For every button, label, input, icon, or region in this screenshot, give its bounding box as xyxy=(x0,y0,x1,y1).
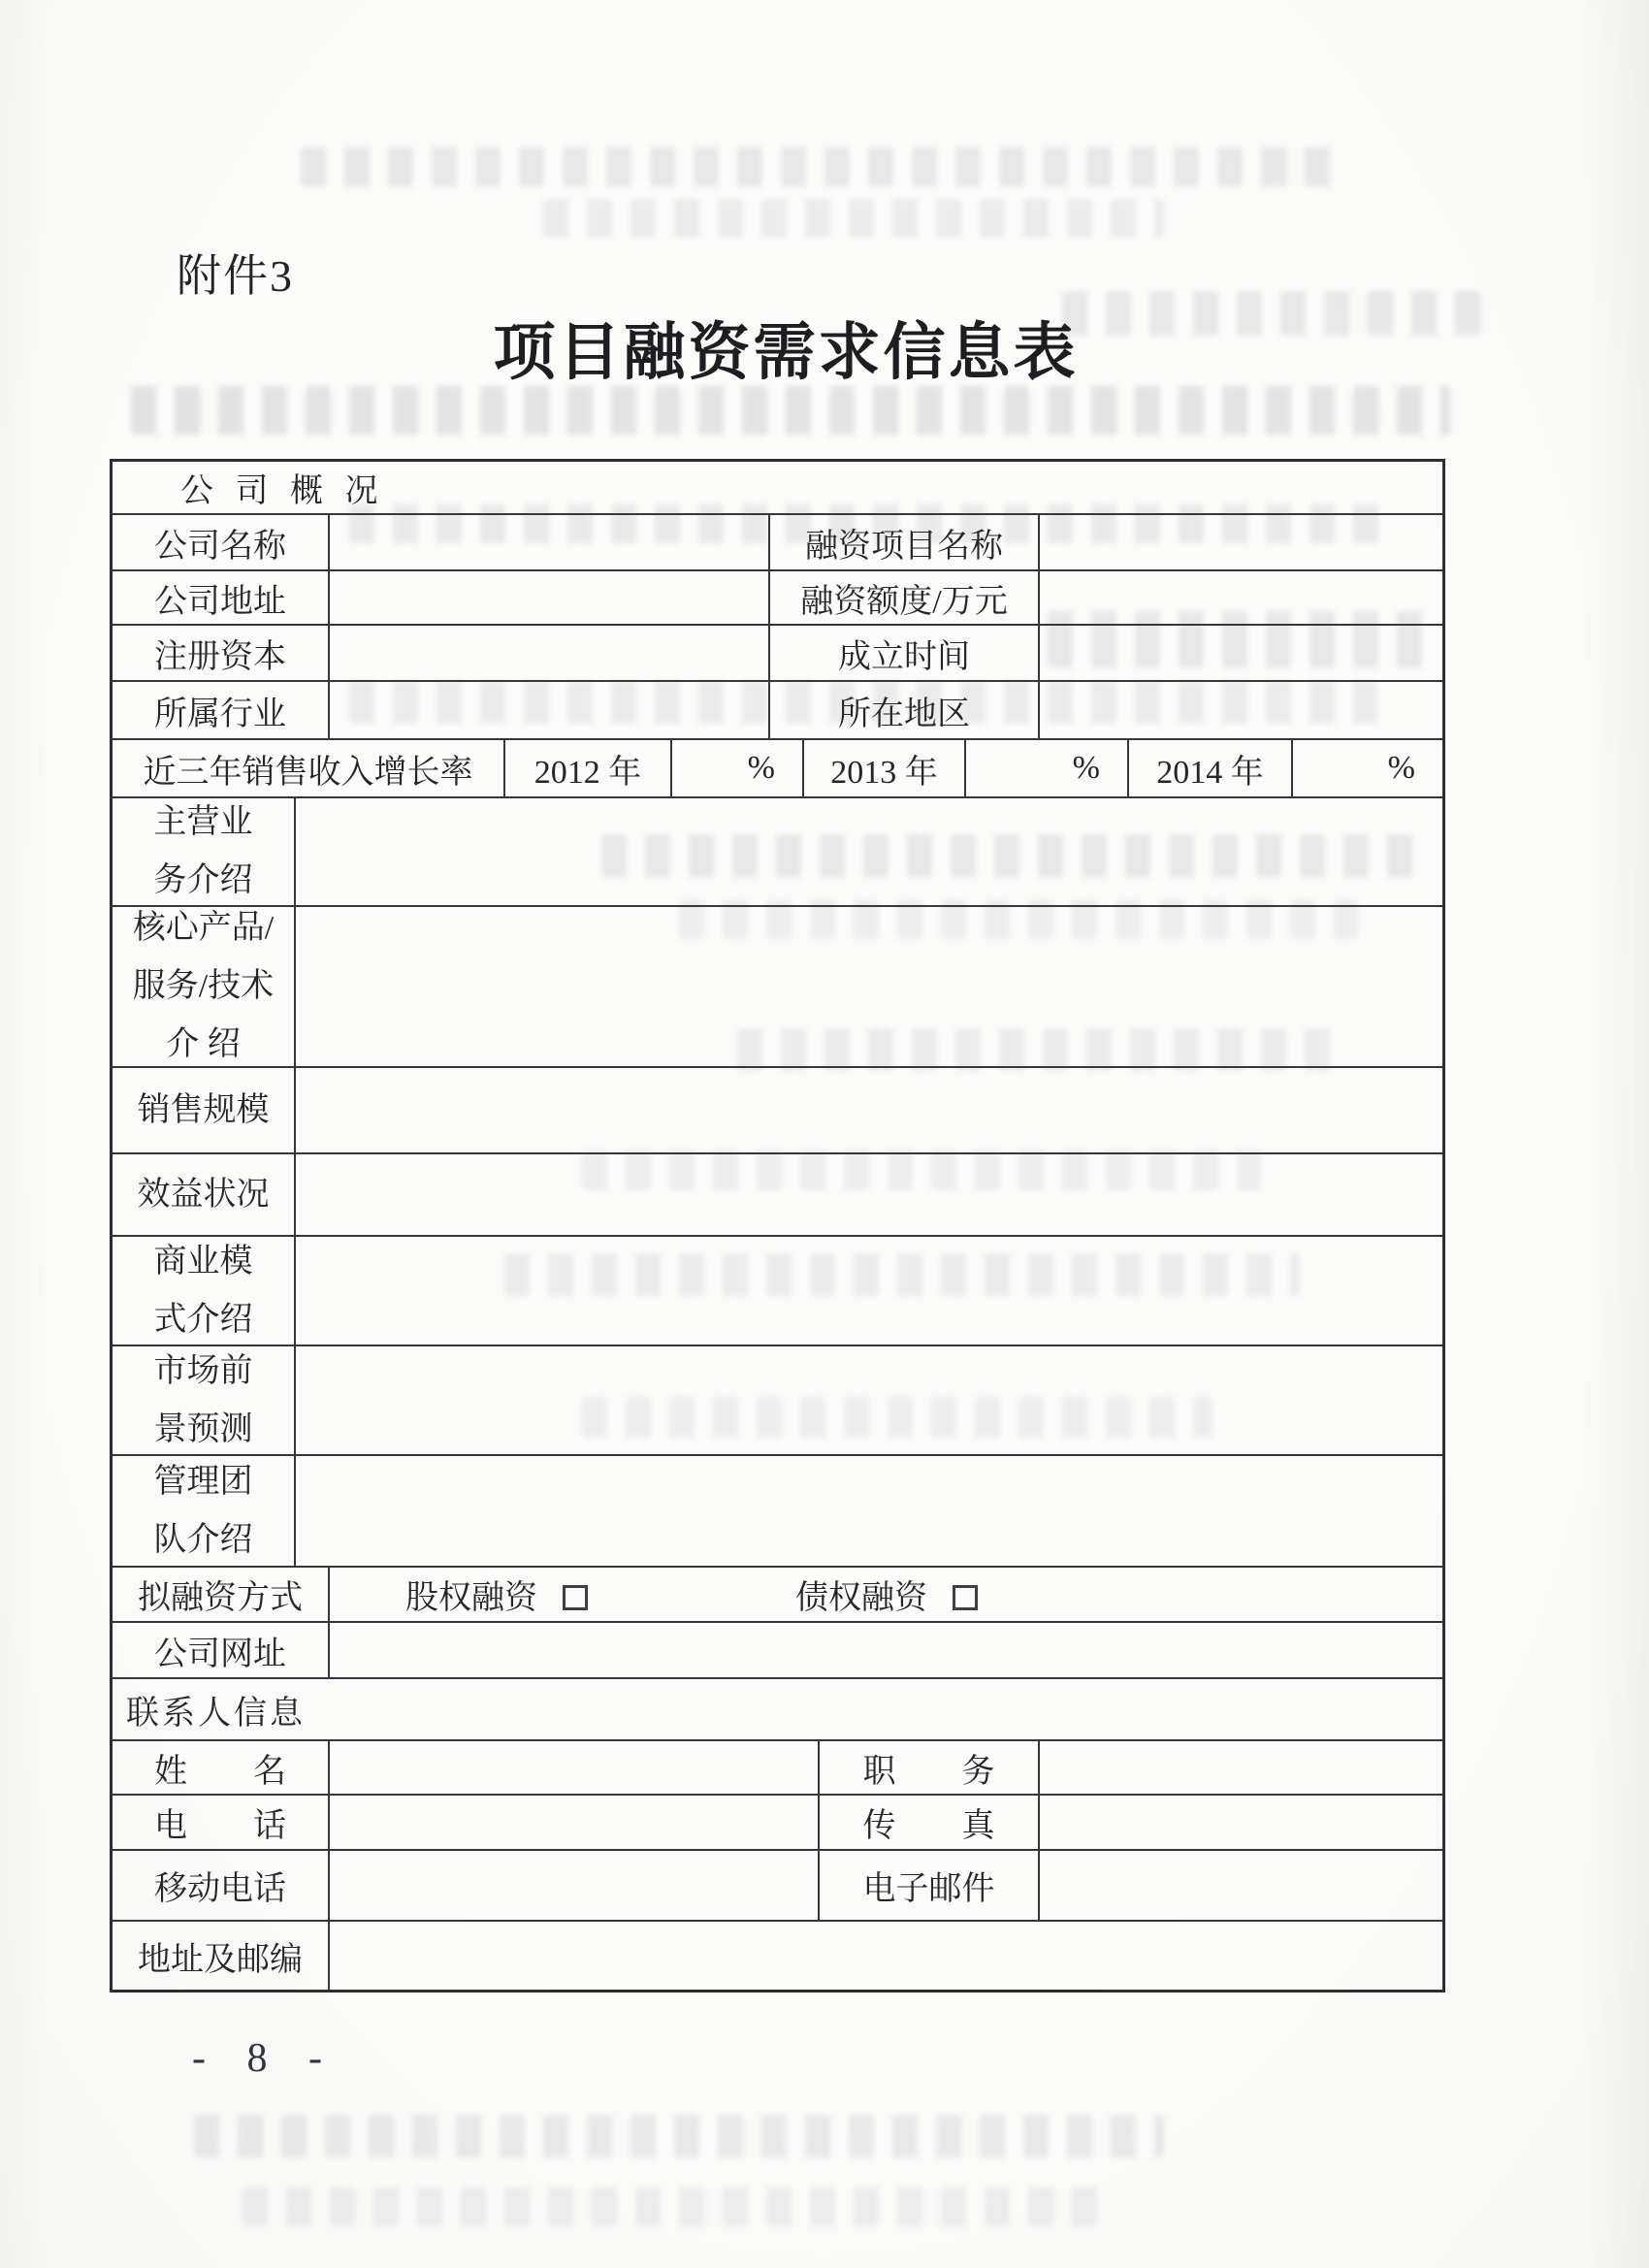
bleed-through-artifact xyxy=(301,147,1348,186)
table-row-contact-name: 姓 名 职 务 xyxy=(113,1741,1442,1796)
field-label-contact-name: 姓 名 xyxy=(113,1741,330,1794)
field-label-project-name: 融资项目名称 xyxy=(770,515,1040,569)
input-cell-industry xyxy=(330,682,770,738)
year-2013-label: 2013 年 xyxy=(804,740,966,796)
input-cell-benefit-status xyxy=(296,1154,1442,1235)
field-label-region: 所在地区 xyxy=(770,682,1040,738)
table-row-sales-scale: 销售规模 xyxy=(113,1068,1442,1154)
table-row-core-products: 核心产品/ 服务/技术 介 绍 xyxy=(113,907,1442,1068)
table-row-company-name: 公司名称 融资项目名称 xyxy=(113,515,1442,571)
table-row-website: 公司网址 xyxy=(113,1623,1442,1679)
input-cell-company-address xyxy=(330,571,770,624)
field-label-position: 职 务 xyxy=(820,1741,1040,1794)
table-row-financing-method: 拟融资方式 股权融资 债权融资 xyxy=(113,1568,1442,1623)
input-cell-founding-date xyxy=(1040,626,1442,680)
financing-method-options: 股权融资 债权融资 xyxy=(330,1568,1442,1621)
field-label-industry: 所属行业 xyxy=(113,682,330,738)
input-cell-company-name xyxy=(330,515,770,569)
input-cell-financing-amount xyxy=(1040,571,1442,624)
field-label-management-team: 管理团 队介绍 xyxy=(113,1456,296,1566)
table-row-address-zip: 地址及邮编 xyxy=(113,1922,1442,1990)
bleed-through-artifact xyxy=(194,2115,1164,2157)
field-label-phone: 电 话 xyxy=(113,1796,330,1849)
input-cell-position xyxy=(1040,1741,1442,1794)
input-cell-core-products xyxy=(296,907,1442,1066)
year-2012-label: 2012 年 xyxy=(505,740,672,796)
field-label-core-products: 核心产品/ 服务/技术 介 绍 xyxy=(113,907,296,1066)
financing-form-table: 公 司 概 况 公司名称 融资项目名称 公司地址 融资额度/万元 注册资本 成立… xyxy=(110,459,1445,1993)
field-label-website: 公司网址 xyxy=(113,1623,330,1677)
field-label-mobile: 移动电话 xyxy=(113,1851,330,1920)
table-row-sales-growth: 近三年销售收入增长率 2012 年 % 2013 年 % 2014 年 % xyxy=(113,740,1442,798)
field-label-financing-amount: 融资额度/万元 xyxy=(770,571,1040,624)
field-label-sales-scale: 销售规模 xyxy=(113,1068,296,1152)
table-row-management-team: 管理团 队介绍 xyxy=(113,1456,1442,1568)
table-row-company-address: 公司地址 融资额度/万元 xyxy=(113,571,1442,626)
percent-cell-2014: % xyxy=(1293,740,1442,796)
table-row-phone: 电 话 传 真 xyxy=(113,1796,1442,1851)
field-label-registered-capital: 注册资本 xyxy=(113,626,330,680)
scanned-page: 附件3 项目融资需求信息表 公 司 概 况 公司名称 融资项目名称 公司地址 融… xyxy=(0,0,1649,2268)
table-row-benefit-status: 效益状况 xyxy=(113,1154,1442,1237)
input-cell-main-business xyxy=(296,798,1442,905)
company-section-header-row: 公 司 概 况 xyxy=(113,462,1442,515)
field-label-fax: 传 真 xyxy=(820,1796,1040,1849)
percent-cell-2013: % xyxy=(966,740,1129,796)
page-number: - 8 - xyxy=(192,2035,338,2082)
company-section-header: 公 司 概 况 xyxy=(113,462,1442,513)
input-cell-address-zip xyxy=(330,1922,1442,1990)
field-label-benefit-status: 效益状况 xyxy=(113,1154,296,1235)
input-cell-fax xyxy=(1040,1796,1442,1849)
input-cell-sales-scale xyxy=(296,1068,1442,1152)
field-label-financing-method: 拟融资方式 xyxy=(113,1568,330,1621)
contact-section-header: 联系人信息 xyxy=(113,1679,1442,1739)
input-cell-market-prospect xyxy=(296,1346,1442,1454)
field-label-company-name: 公司名称 xyxy=(113,515,330,569)
input-cell-region xyxy=(1040,682,1442,738)
debt-financing-checkbox-icon xyxy=(953,1585,978,1610)
contact-section-header-row: 联系人信息 xyxy=(113,1679,1442,1741)
table-row-registered-capital: 注册资本 成立时间 xyxy=(113,626,1442,682)
field-label-market-prospect: 市场前 景预测 xyxy=(113,1346,296,1454)
input-cell-contact-name xyxy=(330,1741,820,1794)
table-row-mobile: 移动电话 电子邮件 xyxy=(113,1851,1442,1922)
input-cell-phone xyxy=(330,1796,820,1849)
equity-financing-label: 股权融资 xyxy=(405,1571,537,1618)
percent-cell-2012: % xyxy=(672,740,804,796)
input-cell-email xyxy=(1040,1851,1442,1920)
table-row-business-model: 商业模 式介绍 xyxy=(113,1237,1442,1346)
field-label-founding-date: 成立时间 xyxy=(770,626,1040,680)
table-row-industry: 所属行业 所在地区 xyxy=(113,682,1442,740)
debt-financing-label: 债权融资 xyxy=(795,1571,927,1618)
field-label-email: 电子邮件 xyxy=(820,1851,1040,1920)
input-cell-business-model xyxy=(296,1237,1442,1345)
bleed-through-artifact xyxy=(242,2187,1115,2226)
field-label-sales-growth: 近三年销售收入增长率 xyxy=(113,740,505,796)
year-2014-label: 2014 年 xyxy=(1129,740,1293,796)
form-title: 项目融资需求信息表 xyxy=(407,303,1164,392)
table-row-market-prospect: 市场前 景预测 xyxy=(113,1346,1442,1456)
field-label-address-zip: 地址及邮编 xyxy=(113,1922,330,1990)
input-cell-registered-capital xyxy=(330,626,770,680)
equity-financing-checkbox-icon xyxy=(563,1585,588,1610)
input-cell-project-name xyxy=(1040,515,1442,569)
field-label-main-business: 主营业 务介绍 xyxy=(113,798,296,905)
bleed-through-artifact xyxy=(543,199,1164,238)
attachment-label: 附件3 xyxy=(177,241,294,305)
input-cell-website xyxy=(330,1623,1442,1677)
table-row-main-business: 主营业 务介绍 xyxy=(113,798,1442,907)
input-cell-management-team xyxy=(296,1456,1442,1566)
field-label-company-address: 公司地址 xyxy=(113,571,330,624)
input-cell-mobile xyxy=(330,1851,820,1920)
bleed-through-artifact xyxy=(131,386,1450,435)
field-label-business-model: 商业模 式介绍 xyxy=(113,1237,296,1345)
